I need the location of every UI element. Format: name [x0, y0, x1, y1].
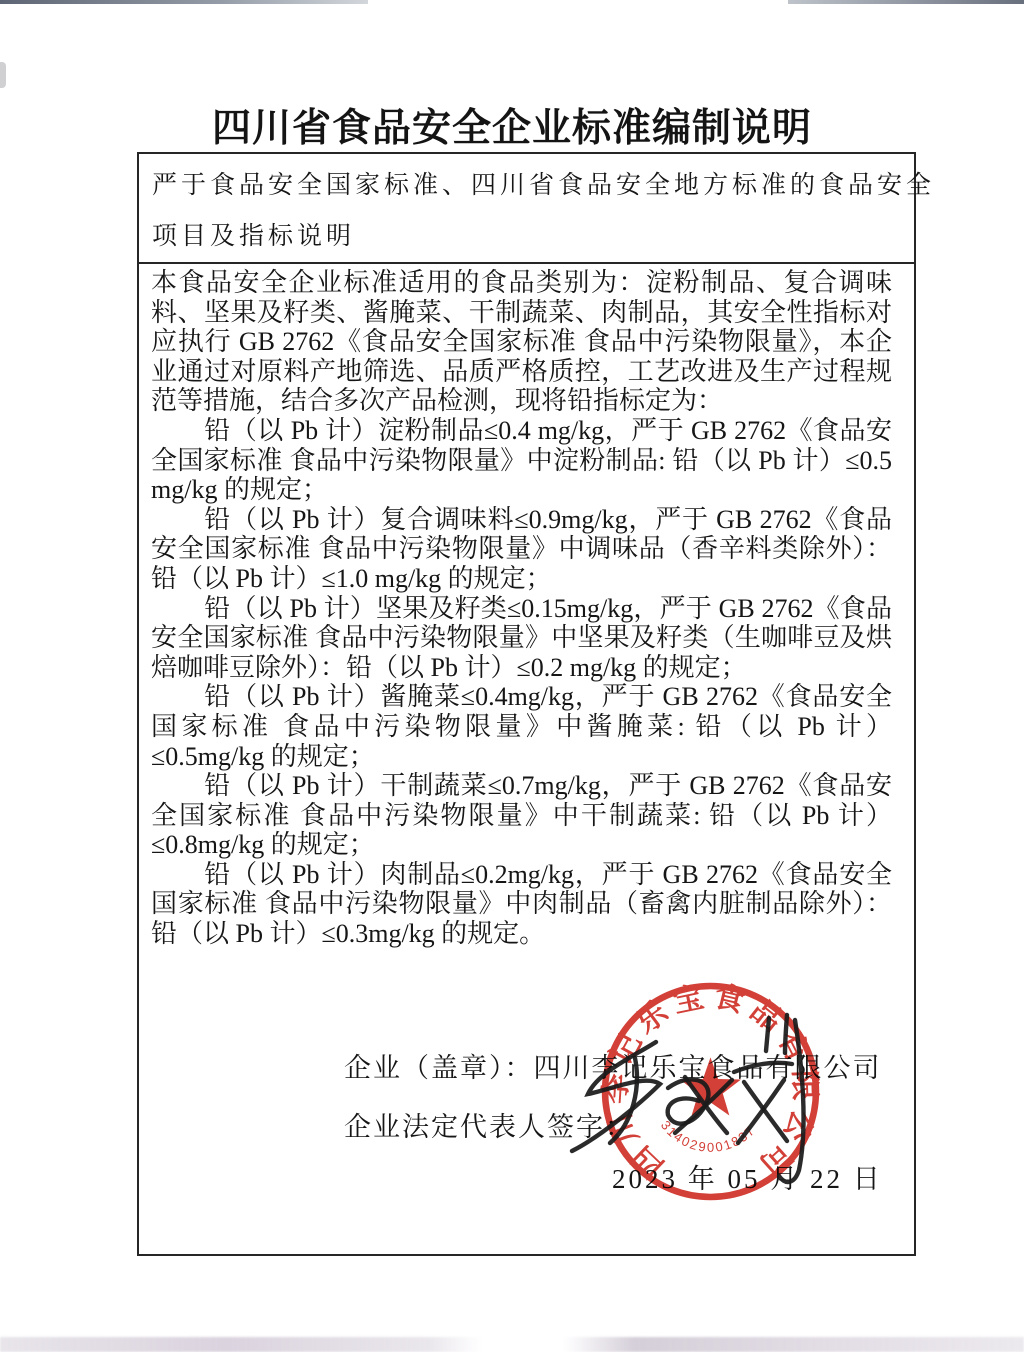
signature-stroke — [785, 1015, 787, 1053]
signature-stroke — [734, 1063, 792, 1072]
company-seal-label: 企业（盖章）： — [344, 1053, 534, 1083]
body-paragraph-scope: 本食品安全企业标准适用的食品类别为：淀粉制品、复合调味料、坚果及籽类、酱腌菜、干… — [151, 268, 892, 416]
handwritten-signature — [538, 1002, 823, 1207]
table-body-cell: 本食品安全企业标准适用的食品类别为：淀粉制品、复合调味料、坚果及籽类、酱腌菜、干… — [139, 264, 914, 949]
signature-stroke — [766, 1018, 769, 1051]
body-paragraph-starch: 铅（以 Pb 计）淀粉制品≤0.4 mg/kg，严于 GB 2762《食品安全国… — [151, 416, 892, 505]
body-paragraph-pickles: 铅（以 Pb 计）酱腌菜≤0.4mg/kg，严于 GB 2762《食品安全国家标… — [151, 682, 892, 771]
scan-artifact-left-edge — [0, 62, 6, 88]
scan-artifact-top-right — [788, 0, 1024, 4]
body-paragraph-dried-vegetables: 铅（以 Pb 计）干制蔬菜≤0.7mg/kg，严于 GB 2762《食品安全国家… — [151, 771, 892, 860]
table-header-line1: 严于食品安全国家标准、四川省食品安全地方标准的食品安全 — [152, 160, 904, 211]
table-header-line2: 项目及指标说明 — [152, 211, 904, 262]
scanned-document-page: 四川省食品安全企业标准编制说明 严于食品安全国家标准、四川省食品安全地方标准的食… — [0, 0, 1024, 1352]
signature-stroke — [744, 1082, 787, 1141]
page-title: 四川省食品安全企业标准编制说明 — [0, 97, 1024, 153]
body-paragraph-nuts: 铅（以 Pb 计）坚果及籽类≤0.15mg/kg，严于 GB 2762《食品安全… — [151, 594, 892, 683]
scan-artifact-top-left — [0, 0, 368, 4]
body-paragraph-meat: 铅（以 Pb 计）肉制品≤0.2mg/kg，严于 GB 2762《食品安全国家标… — [151, 860, 892, 949]
signature-stroke — [610, 1058, 637, 1143]
scan-artifact-bottom-band — [0, 1337, 1024, 1352]
signature-stroke — [738, 1080, 784, 1143]
table-header-cell: 严于食品安全国家标准、四川省食品安全地方标准的食品安全 项目及指标说明 — [139, 154, 914, 264]
body-paragraph-seasoning: 铅（以 Pb 计）复合调味料≤0.9mg/kg，严于 GB 2762《食品安全国… — [151, 505, 892, 594]
signature-stroke — [779, 1020, 804, 1182]
